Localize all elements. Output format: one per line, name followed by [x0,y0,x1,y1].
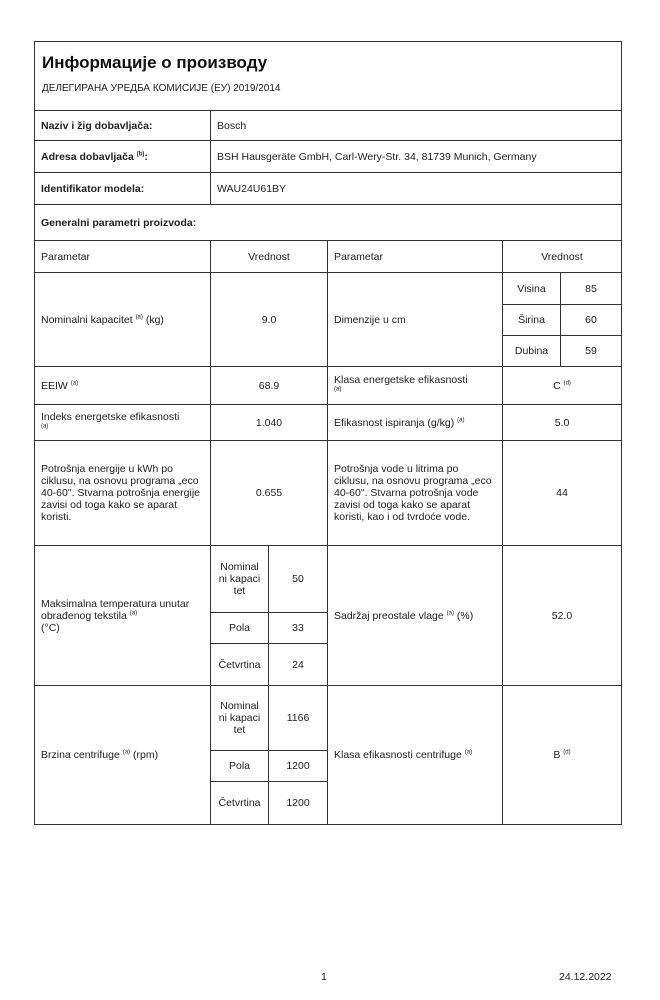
energy-index-value: 1.040 [211,405,328,441]
spin-rated-label: Nominalni kapacitet [211,686,269,751]
document-title: Информације о производу [42,57,615,69]
dimensions-label: Dimenzije u cm [328,273,503,367]
footnote-marker: (a) [447,610,454,616]
model-identifier-value: WAU24U61BY [211,173,622,205]
page-number: 1 [321,971,327,983]
energy-class-label: Klasa energetske efikasnosti(a) [328,367,503,405]
depth-label: Dubina [503,336,561,367]
footnote-marker: (a) [130,610,137,616]
spin-quarter-label: Četvrtina [211,782,269,825]
rinsing-label: Efikasnost ispiranja (g/kg) (a) [328,405,503,441]
supplier-address-label-text: Adresa dobavljača [41,151,134,163]
rinsing-value: 5.0 [503,405,622,441]
rinsing-label-text: Efikasnost ispiranja (g/kg) [334,417,454,429]
supplier-address-label: Adresa dobavljača (b): [35,141,211,173]
rated-capacity-label: Nominalni kapacitet (a) (kg) [35,273,211,367]
footnote-marker: (a) [41,423,48,429]
water-consumption-value: 44 [503,441,622,546]
energy-consumption-label: Potrošnja energije u kWh po ciklusu, na … [35,441,211,546]
energy-class-label-text: Klasa energetske efikasnosti [334,374,468,386]
eeiw-value: 68.9 [211,367,328,405]
width-value: 60 [561,305,622,336]
rated-capacity-unit: (kg) [146,314,164,326]
max-temp-quarter-value: 24 [269,644,328,686]
supplier-name-label: Naziv i žig dobavljača: [35,111,211,141]
width-label: Širina [503,305,561,336]
energy-consumption-value: 0.655 [211,441,328,546]
product-info-table: Информације о производу ДЕЛЕГИРАНА УРЕДБ… [34,41,622,825]
column-header-parameter-2: Parametar [328,241,503,273]
height-label: Visina [503,273,561,305]
spin-class-letter: B [553,749,560,761]
eeiw-label-text: EEIW [41,380,68,392]
model-identifier-label: Identifikator modela: [35,173,211,205]
energy-index-label-text: Indeks energetske efikasnosti [41,411,179,423]
depth-value: 59 [561,336,622,367]
column-header-value: Vrednost [211,241,328,273]
eeiw-label: EEIW (a) [35,367,211,405]
max-temp-quarter-label: Četvrtina [211,644,269,686]
spin-class-label: Klasa efikasnosti centrifuge (a) [328,686,503,825]
water-consumption-label: Potrošnja vode u litrima po ciklusu, na … [328,441,503,546]
footnote-marker: (a) [457,417,464,423]
max-temperature-label-text: Maksimalna temperatura unutar obrađenog … [41,598,189,622]
spin-half-value: 1200 [269,751,328,782]
spin-rated-label-text: Nominalni kapacitet [218,700,262,736]
footnote-marker: (d) [563,750,570,756]
footnote-marker: (b) [137,151,145,157]
document-subtitle: ДЕЛЕГИРАНА УРЕДБА КОМИСИЈЕ (ЕУ) 2019/201… [42,83,615,95]
spin-quarter-label-text: Četvrtina [218,797,262,809]
spin-speed-label: Brzina centrifuge (a) (rpm) [35,686,211,825]
supplier-address-value: BSH Hausgeräte GmbH, Carl-Wery-Str. 34, … [211,141,622,173]
residual-moisture-value: 52.0 [503,546,622,686]
footnote-marker: (a) [136,314,143,320]
height-value: 85 [561,273,622,305]
document-date: 24.12.2022 [559,971,612,983]
energy-index-label: Indeks energetske efikasnosti(a) [35,405,211,441]
max-temp-half-value: 33 [269,613,328,644]
spin-half-label: Pola [211,751,269,782]
max-temp-quarter-label-text: Četvrtina [218,659,262,671]
max-temperature-label: Maksimalna temperatura unutar obrađenog … [35,546,211,686]
energy-class-letter: C [553,380,561,392]
document-header: Информације о производу ДЕЛЕГИРАНА УРЕДБ… [35,42,622,111]
general-parameters-heading: Generalni parametri proizvoda: [35,205,622,241]
supplier-name-value: Bosch [211,111,622,141]
column-header-parameter: Parametar [35,241,211,273]
spin-speed-label-text: Brzina centrifuge [41,749,120,761]
max-temp-half-label: Pola [211,613,269,644]
footnote-marker: (d) [564,380,571,386]
spin-rated-value: 1166 [269,686,328,751]
energy-class-value: C (d) [503,367,622,405]
column-header-value-2: Vrednost [503,241,622,273]
spin-class-label-text: Klasa efikasnosti centrifuge [334,749,462,761]
max-temp-rated-value: 50 [269,546,328,613]
spin-class-value: B (d) [503,686,622,825]
residual-moisture-label: Sadržaj preostale vlage (a) (%) [328,546,503,686]
footnote-marker: (a) [465,750,472,756]
spin-speed-unit: (rpm) [133,749,158,761]
max-temp-rated-label: Nominalni kapacitet [211,546,269,613]
footnote-marker: (a) [71,380,78,386]
max-temperature-unit: (°C) [41,622,60,634]
spin-quarter-value: 1200 [269,782,328,825]
rated-capacity-label-text: Nominalni kapacitet [41,314,133,326]
residual-moisture-label-text: Sadržaj preostale vlage [334,610,444,622]
residual-moisture-unit: (%) [457,610,473,622]
footnote-marker: (a) [123,750,130,756]
rated-capacity-value: 9.0 [211,273,328,367]
max-temp-rated-label-text: Nominalni kapacitet [218,561,262,597]
footnote-marker: (a) [334,386,341,392]
